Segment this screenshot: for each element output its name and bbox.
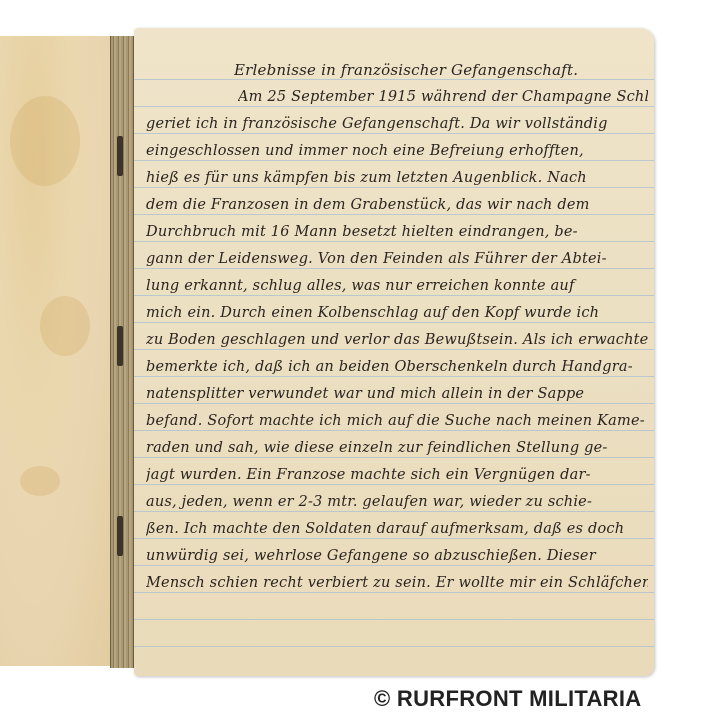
notebook-cover xyxy=(0,36,113,666)
binding-stitch xyxy=(117,136,123,176)
text-line: geriet ich in französische Gefangenschaf… xyxy=(146,116,648,144)
binding-stitch xyxy=(117,516,123,556)
text-line: lung erkannt, schlug alles, was nur erre… xyxy=(146,278,648,306)
text-line: ßen. Ich machte den Soldaten darauf aufm… xyxy=(146,521,648,549)
text-line: unwürdig sei, wehrlose Gefangene so abzu… xyxy=(146,548,648,576)
text-line: gann der Leidensweg. Von den Feinden als… xyxy=(146,251,648,279)
text-line: zu Boden geschlagen und verlor das Bewuß… xyxy=(146,332,648,360)
text-line: raden und sah, wie diese einzeln zur fei… xyxy=(146,440,648,468)
text-line: hieß es für uns kämpfen bis zum letzten … xyxy=(146,170,648,198)
binding-stitch xyxy=(117,326,123,366)
stain xyxy=(40,296,90,356)
text-line: natensplitter verwundet war und mich all… xyxy=(146,386,648,414)
text-line: dem die Franzosen in dem Grabenstück, da… xyxy=(146,197,648,225)
text-line: eingeschlossen und immer noch eine Befre… xyxy=(146,143,648,171)
text-line: Am 25 September 1915 während der Champag… xyxy=(238,89,648,117)
stain xyxy=(20,466,60,496)
page-title: Erlebnisse in französischer Gefangenscha… xyxy=(234,61,648,89)
text-line: Durchbruch mit 16 Mann besetzt hielten e… xyxy=(146,224,648,252)
notebook-spine xyxy=(110,36,134,668)
text-line: jagt wurden. Ein Franzose machte sich ei… xyxy=(146,467,648,495)
text-line: befand. Sofort machte ich mich auf die S… xyxy=(146,413,648,441)
stain xyxy=(10,96,80,186)
handwritten-page: Erlebnisse in französischer Gefangenscha… xyxy=(134,28,654,676)
text-line: mich ein. Durch einen Kolbenschlag auf d… xyxy=(146,305,648,333)
text-line: aus, jeden, wenn er 2-3 mtr. gelaufen wa… xyxy=(146,494,648,522)
copyright-watermark: © RURFRONT MILITARIA xyxy=(374,686,641,712)
text-line: Mensch schien recht verbiert zu sein. Er… xyxy=(146,575,648,603)
text-line: bemerkte ich, daß ich an beiden Obersche… xyxy=(146,359,648,387)
